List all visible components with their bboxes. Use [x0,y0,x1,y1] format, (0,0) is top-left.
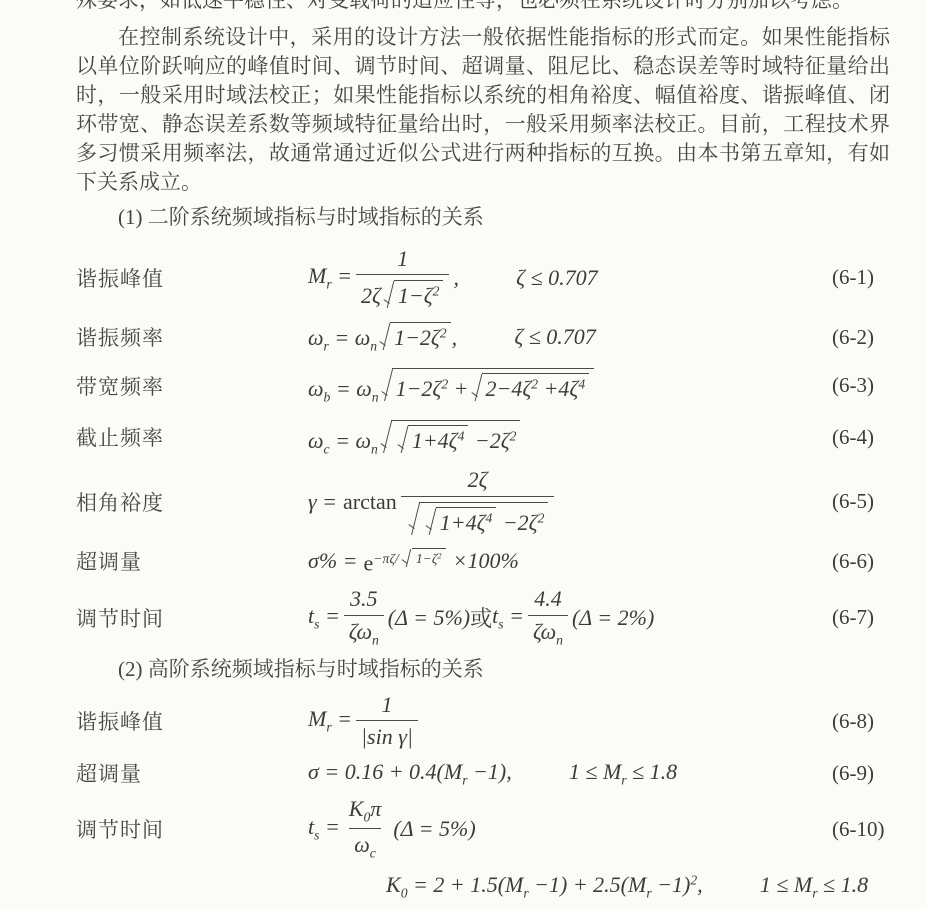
equation-6-4-number: (6-4) [832,425,890,450]
math-body: ωr = ωn1−2ζ2, [308,320,457,354]
math-tail: ×100% [453,548,519,574]
math-body: ωc = ωn1+4ζ4 −2ζ2 [308,418,521,457]
equation-6-1-number: (6-1) [832,265,890,290]
equation-6-4-formula: ωc = ωn1+4ζ4 −2ζ2 [308,418,832,457]
equation-6-3-label: 带宽频率 [76,371,308,401]
equation-6-10-number: (6-10) [832,817,890,842]
equation-6-5-number: (6-5) [832,489,890,514]
equation-6-6-number: (6-6) [832,549,890,574]
equation-6-7-row: 调节时间 ts = 3.5ζωn (Δ = 5%) 或 ts = 4.4ζωn … [76,586,890,648]
equation-6-10-row: 调节时间 ts = K0πωc (Δ = 5%) (6-10) [76,796,890,862]
clipped-top-line: 殊要求，如低速平稳性、对变载荷的适应性等，也必须在系统设计时分别加以考虑。 [76,0,890,15]
math-lhs: ts = [308,603,340,632]
equation-6-6-row: 超调量 σ% = e−πζ/1−ζ2 ×100% (6-6) [76,546,890,577]
equation-6-7-formula: ts = 3.5ζωn (Δ = 5%) 或 ts = 4.4ζωn (Δ = … [308,586,832,648]
equation-6-9-formula: σ = 0.16 + 0.4(Mr −1), 1 ≤ Mr ≤ 1.8 [308,759,832,788]
book-page: 殊要求，如低速平稳性、对变载荷的适应性等，也必须在系统设计时分别加以考虑。 在控… [0,0,927,901]
math-condition: ζ ≤ 0.707 [514,324,595,350]
fraction: 2ζ1+4ζ4 −2ζ2 [401,467,555,536]
math-condition: 1 ≤ Mr ≤ 1.8 [760,872,868,901]
math-delta-5: (Δ = 5%) [393,816,475,842]
math-lhs: ts = [308,814,340,843]
math-lhs: Mr = [308,263,352,292]
equation-6-8-number: (6-8) [832,709,890,734]
math-condition: 1 ≤ Mr ≤ 1.8 [569,759,677,788]
equation-6-10-formula: ts = K0πωc (Δ = 5%) [308,796,832,862]
math-comma: , [453,265,459,291]
equation-6-4-label: 截止频率 [76,422,308,452]
equation-6-3-number: (6-3) [832,373,890,398]
section-1-heading: (1) 二阶系统频域指标与时域指标的关系 [76,203,890,232]
equation-6-9-number: (6-9) [832,761,890,786]
fraction: 3.5ζωn [344,586,384,648]
equation-6-3-row: 带宽频率 ωb = ωn1−2ζ2 +2−4ζ2 +4ζ4 (6-3) [76,366,890,405]
fraction: 4.4ζωn [528,586,568,648]
equation-6-2-label: 谐振频率 [76,322,308,352]
equation-6-9-row: 超调量 σ = 0.16 + 0.4(Mr −1), 1 ≤ Mr ≤ 1.8 … [76,758,890,788]
equation-6-8-label: 谐振峰值 [76,706,308,736]
equation-6-7-number: (6-7) [832,605,890,630]
equation-6-1-label: 谐振峰值 [76,263,308,293]
math-function-name: arctan [343,489,397,515]
math-exponent: −πζ/1−ζ2 [373,551,446,566]
equation-6-5-row: 相角裕度 γ = arctan 2ζ1+4ζ4 −2ζ2 (6-5) [76,467,890,536]
body-paragraph: 在控制系统设计中，采用的设计方法一般依据性能指标的形式而定。如果性能指标以单位阶… [76,23,890,197]
math-body: K0 = 2 + 1.5(Mr −1) + 2.5(Mr −1)2, [386,872,703,901]
section-2-heading: (2) 高阶系统频域指标与时域指标的关系 [76,655,890,684]
equation-6-8-row: 谐振峰值 Mr = 1|sin γ| (6-8) [76,692,890,751]
fraction: 12ζ1−ζ2 [356,246,449,310]
equation-6-1-row: 谐振峰值 Mr = 12ζ1−ζ2 , ζ ≤ 0.707 (6-1) [76,246,890,310]
fraction: 1|sin γ| [356,692,418,751]
math-or-word: 或 [470,602,492,633]
equation-6-6-label: 超调量 [76,546,308,576]
equation-6-2-number: (6-2) [832,325,890,350]
math-delta-5: (Δ = 5%) [388,605,470,631]
equation-6-10-label: 调节时间 [76,814,308,844]
equation-6-8-formula: Mr = 1|sin γ| [308,692,832,751]
equation-6-5-formula: γ = arctan 2ζ1+4ζ4 −2ζ2 [308,467,832,536]
math-e-base: e−πζ/1−ζ2 [364,546,447,577]
clipped-top-line-text: 殊要求，如低速平稳性、对变载荷的适应性等，也必须在系统设计时分别加以考虑。 [76,0,890,15]
math-lhs: γ = [308,489,337,515]
equation-6-2-formula: ωr = ωn1−2ζ2, ζ ≤ 0.707 [308,320,832,354]
equation-6-7-label: 调节时间 [76,603,308,633]
math-body: ωb = ωn1−2ζ2 +2−4ζ2 +4ζ4 [308,366,595,405]
math-delta-2: (Δ = 2%) [572,605,654,631]
math-lhs-2: ts = [492,603,524,632]
equation-6-9-label: 超调量 [76,758,308,788]
equation-6-1-formula: Mr = 12ζ1−ζ2 , ζ ≤ 0.707 [308,246,832,310]
equation-6-4-row: 截止频率 ωc = ωn1+4ζ4 −2ζ2 (6-4) [76,418,890,457]
equation-6-2-row: 谐振频率 ωr = ωn1−2ζ2, ζ ≤ 0.707 (6-2) [76,320,890,354]
fraction: K0πωc [344,796,387,862]
math-condition: ζ ≤ 0.707 [516,265,597,291]
equation-6-3-formula: ωb = ωn1−2ζ2 +2−4ζ2 +4ζ4 [308,366,832,405]
equation-6-6-formula: σ% = e−πζ/1−ζ2 ×100% [308,546,832,577]
k0-auxiliary-formula: K0 = 2 + 1.5(Mr −1) + 2.5(Mr −1)2, 1 ≤ M… [386,872,890,901]
math-body: σ = 0.16 + 0.4(Mr −1), [308,759,512,788]
math-lhs: Mr = [308,706,352,735]
equation-6-5-label: 相角裕度 [76,487,308,517]
math-lhs: σ% = [308,548,358,574]
